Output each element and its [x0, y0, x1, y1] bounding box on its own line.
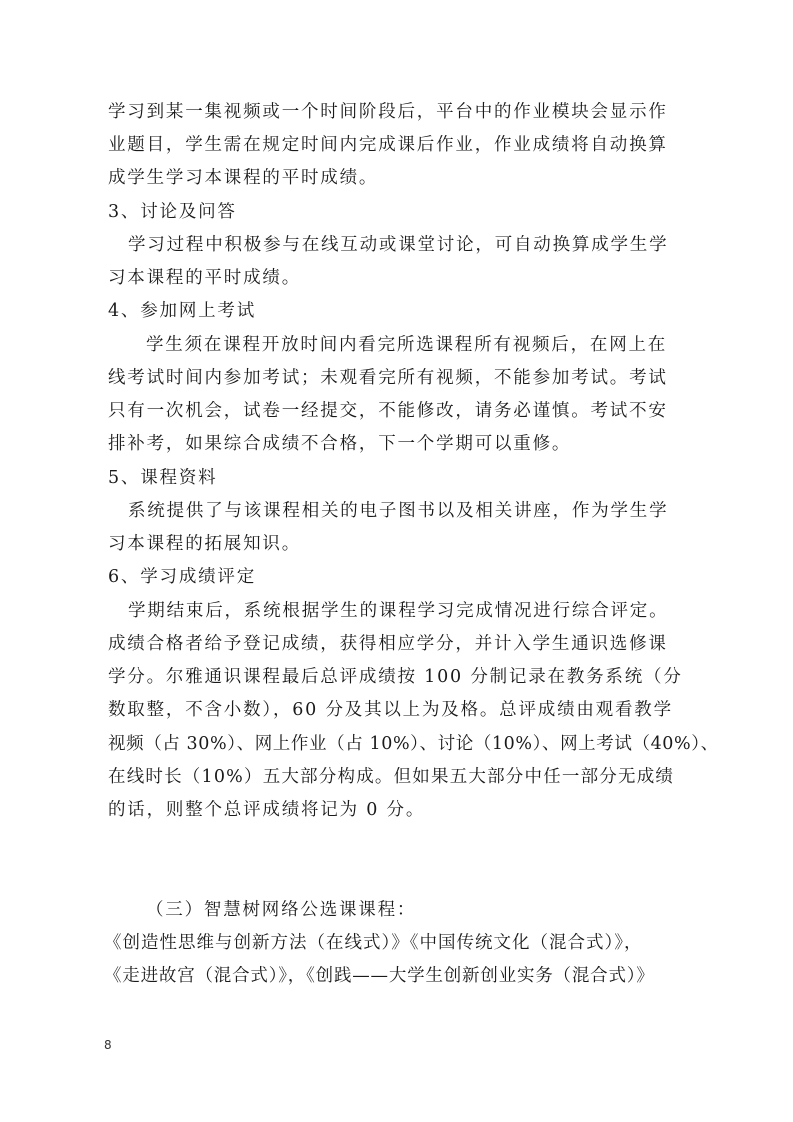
page-number: 8 — [104, 1038, 112, 1052]
paragraph-line: 系统提供了与该课程相关的电子图书以及相关讲座，作为学生学 — [128, 501, 718, 521]
paragraph-line: 学生须在课程开放时间内看完所选课程所有视频后，在网上在 — [146, 335, 736, 355]
paragraph-line: 的话，则整个总评成绩将记为 0 分。 — [108, 800, 698, 820]
section-heading-5: 5、课程资料 — [108, 468, 698, 488]
paragraph-line: 成绩合格者给予登记成绩，获得相应学分，并计入学生通识选修课 — [108, 634, 698, 654]
course-list-line: 《走进故宫（混合式）》，《创践——大学生创新创业实务（混合式）》 — [104, 966, 694, 986]
course-list-line: 《创造性思维与创新方法（在线式）》《中国传统文化（混合式）》， — [104, 933, 694, 953]
paragraph-line: 习本课程的拓展知识。 — [108, 534, 698, 554]
paragraph-line: 业题目，学生需在规定时间内完成课后作业，作业成绩将自动换算 — [108, 135, 698, 155]
section-heading-4: 4、参加网上考试 — [108, 301, 698, 321]
paragraph-line: 学分。尔雅通识课程最后总评成绩按 100 分制记录在教务系统（分 — [108, 667, 698, 687]
section-heading-3: 3、讨论及问答 — [108, 202, 698, 222]
section-heading-6: 6、学习成绩评定 — [108, 567, 698, 587]
paragraph-line: 学习过程中积极参与在线互动或课堂讨论，可自动换算成学生学 — [128, 235, 718, 255]
paragraph-line: 线考试时间内参加考试；未观看完所有视频，不能参加考试。考试 — [108, 368, 698, 388]
paragraph-line: 成学生学习本课程的平时成绩。 — [108, 168, 698, 188]
paragraph-line: 视频（占 30%）、网上作业（占 10%）、讨论（10%）、网上考试（40%）、 — [108, 734, 698, 754]
paragraph-line: 学期结束后，系统根据学生的课程学习完成情况进行综合评定。 — [128, 601, 718, 621]
paragraph-line: 习本课程的平时成绩。 — [108, 268, 698, 288]
paragraph-line: 数取整，不含小数），60 分及其以上为及格。总评成绩由观看教学 — [108, 700, 698, 720]
paragraph-line: 在线时长（10%）五大部分构成。但如果五大部分中任一部分无成绩 — [108, 767, 698, 787]
paragraph-line: 学习到某一集视频或一个时间阶段后，平台中的作业模块会显示作 — [108, 102, 698, 122]
paragraph-line: 只有一次机会，试卷一经提交，不能修改，请务必谨慎。考试不安 — [108, 401, 698, 421]
paragraph-line: 排补考，如果综合成绩不合格，下一个学期可以重修。 — [108, 434, 698, 454]
document-page: 学习到某一集视频或一个时间阶段后，平台中的作业模块会显示作 业题目，学生需在规定… — [0, 0, 793, 1122]
section-heading-zhihuishu: （三）智慧树网络公选课课程： — [146, 900, 736, 920]
